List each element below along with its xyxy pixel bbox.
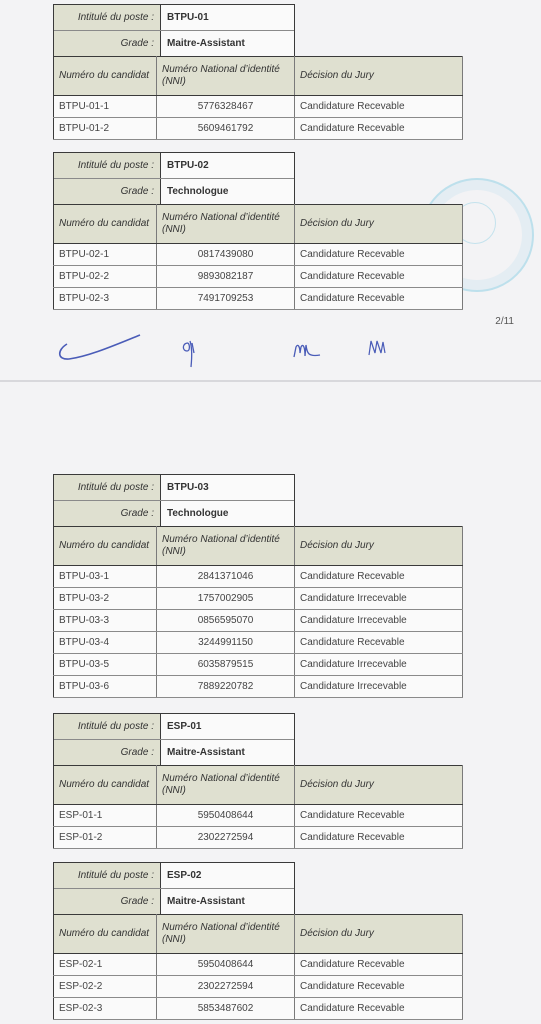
decision-cell: Candidature Recevable bbox=[295, 632, 463, 654]
table-row: BTPU-03-30856595070Candidature Irrecevab… bbox=[54, 610, 463, 632]
poste-block: Intitulé du poste : ESP-01 Grade : Maitr… bbox=[53, 713, 463, 849]
signature-3-icon bbox=[292, 341, 328, 361]
grade-row: Grade : Maitre-Assistant bbox=[54, 889, 294, 914]
nni-cell: 1757002905 bbox=[157, 588, 295, 610]
candidate-number-cell: BTPU-03-5 bbox=[54, 654, 157, 676]
header-decision: Décision du Jury bbox=[295, 205, 463, 244]
decision-cell: Candidature Irrecevable bbox=[295, 588, 463, 610]
nni-cell: 9893082187 bbox=[157, 266, 295, 288]
table-row: BTPU-03-12841371046Candidature Recevable bbox=[54, 566, 463, 588]
nni-cell: 3244991150 bbox=[157, 632, 295, 654]
nni-cell: 2302272594 bbox=[157, 827, 295, 849]
grade-value: Technologue bbox=[161, 501, 294, 526]
decision-cell: Candidature Recevable bbox=[295, 96, 463, 118]
grade-value: Technologue bbox=[161, 179, 294, 204]
nni-cell: 6035879515 bbox=[157, 654, 295, 676]
decision-cell: Candidature Irrecevable bbox=[295, 610, 463, 632]
poste-block: Intitulé du poste : ESP-02 Grade : Maitr… bbox=[53, 862, 463, 1020]
table-row: BTPU-03-21757002905Candidature Irrecevab… bbox=[54, 588, 463, 610]
candidates-table: Numéro du candidat Numéro National d’ide… bbox=[53, 526, 463, 698]
grade-row: Grade : Maitre-Assistant bbox=[54, 31, 294, 56]
decision-cell: Candidature Recevable bbox=[295, 118, 463, 140]
candidates-table: Numéro du candidat Numéro National d’ide… bbox=[53, 914, 463, 1020]
table-header-row: Numéro du candidat Numéro National d’ide… bbox=[54, 57, 463, 96]
table-body: BTPU-01-15776328467Candidature Recevable… bbox=[54, 96, 463, 140]
nni-cell: 0856595070 bbox=[157, 610, 295, 632]
table-row: BTPU-02-37491709253Candidature Recevable bbox=[54, 288, 463, 310]
header-candidate-number: Numéro du candidat bbox=[54, 205, 157, 244]
signatures bbox=[0, 325, 541, 380]
poste-label: Intitulé du poste : bbox=[54, 153, 161, 178]
signature-1-icon bbox=[55, 330, 145, 365]
nni-cell: 5776328467 bbox=[157, 96, 295, 118]
decision-cell: Candidature Recevable bbox=[295, 976, 463, 998]
poste-info: Intitulé du poste : BTPU-01 Grade : Mait… bbox=[53, 4, 295, 56]
table-row: BTPU-02-10817439080Candidature Recevable bbox=[54, 244, 463, 266]
decision-cell: Candidature Irrecevable bbox=[295, 654, 463, 676]
grade-label: Grade : bbox=[54, 179, 161, 204]
poste-value: BTPU-02 bbox=[161, 153, 294, 178]
nni-cell: 5950408644 bbox=[157, 805, 295, 827]
candidate-number-cell: ESP-02-2 bbox=[54, 976, 157, 998]
decision-cell: Candidature Recevable bbox=[295, 266, 463, 288]
candidate-number-cell: BTPU-03-1 bbox=[54, 566, 157, 588]
poste-info: Intitulé du poste : BTPU-03 Grade : Tech… bbox=[53, 474, 295, 526]
header-nni: Numéro National d’identité (NNI) bbox=[157, 527, 295, 566]
poste-row: Intitulé du poste : BTPU-02 bbox=[54, 153, 294, 179]
header-nni: Numéro National d’identité (NNI) bbox=[157, 915, 295, 954]
decision-cell: Candidature Recevable bbox=[295, 244, 463, 266]
grade-value: Maitre-Assistant bbox=[161, 740, 294, 765]
poste-label: Intitulé du poste : bbox=[54, 5, 161, 30]
table-row: BTPU-03-67889220782Candidature Irrecevab… bbox=[54, 676, 463, 698]
table-row: BTPU-03-56035879515Candidature Irrecevab… bbox=[54, 654, 463, 676]
decision-cell: Candidature Recevable bbox=[295, 954, 463, 976]
table-row: BTPU-01-15776328467Candidature Recevable bbox=[54, 96, 463, 118]
nni-cell: 7889220782 bbox=[157, 676, 295, 698]
candidate-number-cell: ESP-01-1 bbox=[54, 805, 157, 827]
nni-cell: 7491709253 bbox=[157, 288, 295, 310]
poste-label: Intitulé du poste : bbox=[54, 863, 161, 888]
nni-cell: 5950408644 bbox=[157, 954, 295, 976]
signature-4-icon bbox=[366, 337, 388, 359]
poste-block: Intitulé du poste : BTPU-02 Grade : Tech… bbox=[53, 152, 463, 310]
candidate-number-cell: BTPU-01-1 bbox=[54, 96, 157, 118]
candidate-number-cell: ESP-02-3 bbox=[54, 998, 157, 1020]
nni-cell: 2841371046 bbox=[157, 566, 295, 588]
candidate-number-cell: BTPU-02-3 bbox=[54, 288, 157, 310]
header-candidate-number: Numéro du candidat bbox=[54, 915, 157, 954]
signature-2-icon bbox=[178, 335, 198, 380]
poste-info: Intitulé du poste : BTPU-02 Grade : Tech… bbox=[53, 152, 295, 204]
header-nni: Numéro National d’identité (NNI) bbox=[157, 205, 295, 244]
grade-row: Grade : Technologue bbox=[54, 501, 294, 526]
header-decision: Décision du Jury bbox=[295, 766, 463, 805]
candidate-number-cell: BTPU-02-2 bbox=[54, 266, 157, 288]
table-header-row: Numéro du candidat Numéro National d’ide… bbox=[54, 915, 463, 954]
grade-value: Maitre-Assistant bbox=[161, 889, 294, 914]
decision-cell: Candidature Recevable bbox=[295, 288, 463, 310]
grade-label: Grade : bbox=[54, 889, 161, 914]
table-header-row: Numéro du candidat Numéro National d’ide… bbox=[54, 205, 463, 244]
candidate-number-cell: BTPU-03-4 bbox=[54, 632, 157, 654]
header-candidate-number: Numéro du candidat bbox=[54, 527, 157, 566]
candidate-number-cell: BTPU-02-1 bbox=[54, 244, 157, 266]
grade-label: Grade : bbox=[54, 501, 161, 526]
grade-row: Grade : Technologue bbox=[54, 179, 294, 204]
poste-block: Intitulé du poste : BTPU-01 Grade : Mait… bbox=[53, 4, 463, 140]
candidates-table: Numéro du candidat Numéro National d’ide… bbox=[53, 204, 463, 310]
poste-label: Intitulé du poste : bbox=[54, 475, 161, 500]
candidate-number-cell: BTPU-01-2 bbox=[54, 118, 157, 140]
table-row: ESP-02-15950408644Candidature Recevable bbox=[54, 954, 463, 976]
table-body: BTPU-02-10817439080Candidature Recevable… bbox=[54, 244, 463, 310]
header-candidate-number: Numéro du candidat bbox=[54, 766, 157, 805]
decision-cell: Candidature Recevable bbox=[295, 566, 463, 588]
nni-cell: 5853487602 bbox=[157, 998, 295, 1020]
table-body: BTPU-03-12841371046Candidature Recevable… bbox=[54, 566, 463, 698]
grade-label: Grade : bbox=[54, 31, 161, 56]
candidates-table: Numéro du candidat Numéro National d’ide… bbox=[53, 765, 463, 849]
table-header-row: Numéro du candidat Numéro National d’ide… bbox=[54, 766, 463, 805]
poste-value: ESP-02 bbox=[161, 863, 294, 888]
nni-cell: 5609461792 bbox=[157, 118, 295, 140]
candidate-number-cell: BTPU-03-2 bbox=[54, 588, 157, 610]
poste-info: Intitulé du poste : ESP-02 Grade : Maitr… bbox=[53, 862, 295, 914]
table-header-row: Numéro du candidat Numéro National d’ide… bbox=[54, 527, 463, 566]
header-nni: Numéro National d’identité (NNI) bbox=[157, 766, 295, 805]
decision-cell: Candidature Recevable bbox=[295, 998, 463, 1020]
table-row: ESP-02-35853487602Candidature Recevable bbox=[54, 998, 463, 1020]
candidate-number-cell: BTPU-03-6 bbox=[54, 676, 157, 698]
poste-info: Intitulé du poste : ESP-01 Grade : Maitr… bbox=[53, 713, 295, 765]
table-row: BTPU-02-29893082187Candidature Recevable bbox=[54, 266, 463, 288]
poste-value: ESP-01 bbox=[161, 714, 294, 739]
poste-block: Intitulé du poste : BTPU-03 Grade : Tech… bbox=[53, 474, 463, 698]
table-row: BTPU-01-25609461792Candidature Recevable bbox=[54, 118, 463, 140]
candidate-number-cell: ESP-01-2 bbox=[54, 827, 157, 849]
table-row: ESP-01-15950408644Candidature Recevable bbox=[54, 805, 463, 827]
table-body: ESP-02-15950408644Candidature RecevableE… bbox=[54, 954, 463, 1020]
nni-cell: 2302272594 bbox=[157, 976, 295, 998]
header-decision: Décision du Jury bbox=[295, 527, 463, 566]
table-body: ESP-01-15950408644Candidature RecevableE… bbox=[54, 805, 463, 849]
candidate-number-cell: ESP-02-1 bbox=[54, 954, 157, 976]
grade-label: Grade : bbox=[54, 740, 161, 765]
grade-row: Grade : Maitre-Assistant bbox=[54, 740, 294, 765]
header-decision: Décision du Jury bbox=[295, 915, 463, 954]
poste-row: Intitulé du poste : BTPU-01 bbox=[54, 5, 294, 31]
candidates-table: Numéro du candidat Numéro National d’ide… bbox=[53, 56, 463, 140]
poste-value: BTPU-01 bbox=[161, 5, 294, 30]
header-nni: Numéro National d’identité (NNI) bbox=[157, 57, 295, 96]
header-candidate-number: Numéro du candidat bbox=[54, 57, 157, 96]
document-page-1: Intitulé du poste : BTPU-01 Grade : Mait… bbox=[0, 0, 541, 381]
poste-value: BTPU-03 bbox=[161, 475, 294, 500]
header-decision: Décision du Jury bbox=[295, 57, 463, 96]
table-row: ESP-01-22302272594Candidature Recevable bbox=[54, 827, 463, 849]
candidate-number-cell: BTPU-03-3 bbox=[54, 610, 157, 632]
poste-row: Intitulé du poste : BTPU-03 bbox=[54, 475, 294, 501]
nni-cell: 0817439080 bbox=[157, 244, 295, 266]
grade-value: Maitre-Assistant bbox=[161, 31, 294, 56]
table-row: ESP-02-22302272594Candidature Recevable bbox=[54, 976, 463, 998]
poste-row: Intitulé du poste : ESP-01 bbox=[54, 714, 294, 740]
decision-cell: Candidature Recevable bbox=[295, 827, 463, 849]
decision-cell: Candidature Recevable bbox=[295, 805, 463, 827]
decision-cell: Candidature Irrecevable bbox=[295, 676, 463, 698]
poste-row: Intitulé du poste : ESP-02 bbox=[54, 863, 294, 889]
table-row: BTPU-03-43244991150Candidature Recevable bbox=[54, 632, 463, 654]
poste-label: Intitulé du poste : bbox=[54, 714, 161, 739]
document-page-2: Intitulé du poste : BTPU-03 Grade : Tech… bbox=[0, 382, 541, 1024]
